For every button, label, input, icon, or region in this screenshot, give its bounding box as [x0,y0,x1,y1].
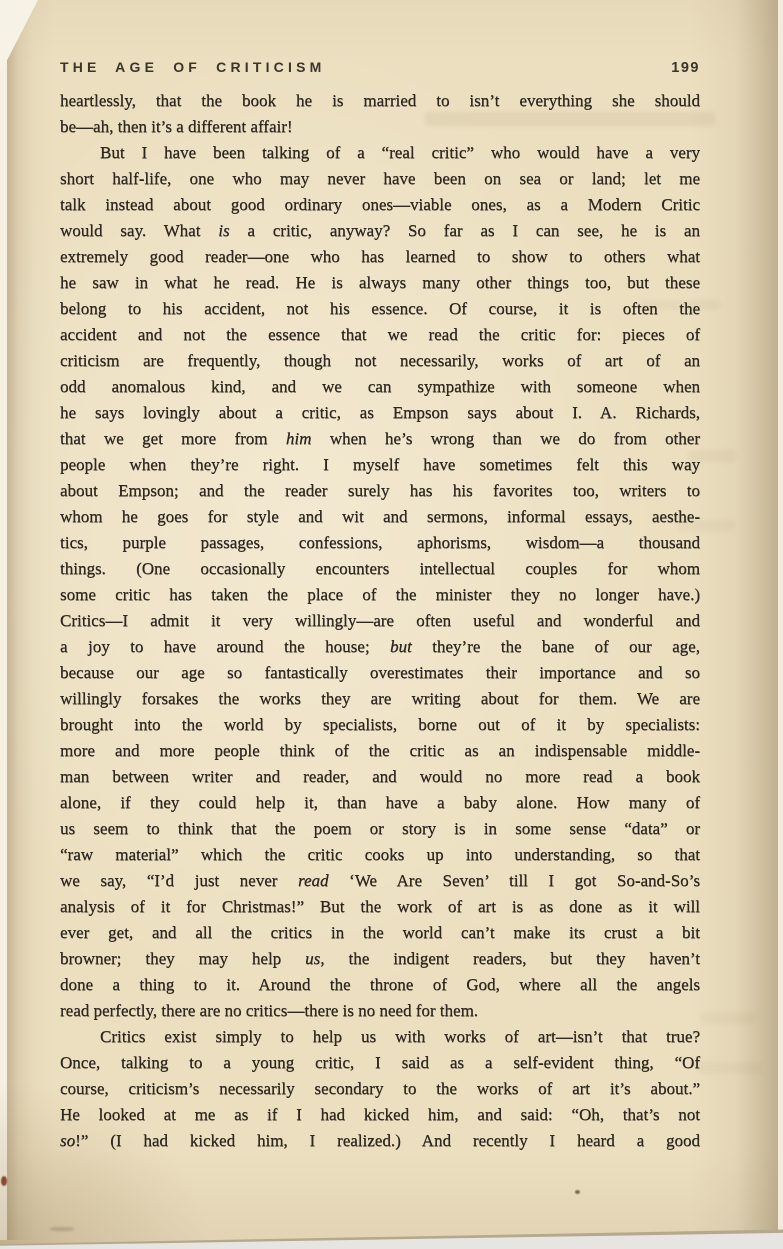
paragraph: Critics exist simply to help us with wor… [60,1024,700,1154]
text-line: read perfectly, there are no critics—the… [60,998,700,1024]
page-right-edge-shadow [736,0,778,1249]
text-line: whom he goes for style and wit and sermo… [60,504,700,530]
text-line: willingly forsakes the works they are wr… [60,686,700,712]
text-line: Critics—I admit it very willingly—are of… [60,608,700,634]
page-left-crease-shadow [7,0,33,1240]
text-line: people when they’re right. I myself have… [60,452,700,478]
text-line: analysis of it for Christmas!” But the w… [60,894,700,920]
book-page-scan: THE AGE OF CRITICISM 199 heartlessly, th… [0,0,783,1249]
italic-text: him [286,429,312,448]
text-line: things. (One occasionally encounters int… [60,556,700,582]
text-line: more and more people think of the critic… [60,738,700,764]
text-line: us seem to think that the poem or story … [60,816,700,842]
text-line: talk instead about good ordinary ones—vi… [60,192,700,218]
text-line: ever get, and all the critics in the wor… [60,920,700,946]
text-line: we say, “I’d just never read ‘We Are Sev… [60,868,700,894]
paragraph: heartlessly, that the book he is married… [60,88,700,140]
text-line: be—ah, then it’s a different affair! [60,114,700,140]
red-edge-speck [1,1176,7,1186]
text-line: because our age so fantastically overest… [60,660,700,686]
text-line: But I have been talking of a “real criti… [60,140,700,166]
text-line: Critics exist simply to help us with wor… [60,1024,700,1050]
text-line: heartlessly, that the book he is married… [60,88,700,114]
text-line: accident and not the essence that we rea… [60,322,700,348]
text-line: Once, talking to a young critic, I said … [60,1050,700,1076]
text-line: man between writer and reader, and would… [60,764,700,790]
text-line: extremely good reader—one who has learne… [60,244,700,270]
smudge-mark [50,1227,74,1231]
text-line: “raw material” which the critic cooks up… [60,842,700,868]
text-line: belong to his accident, not his essence.… [60,296,700,322]
italic-text: but [390,637,412,656]
ink-speck [575,1190,580,1194]
page-left-edge [0,0,7,1240]
text-line: he saw in what he read. He is always man… [60,270,700,296]
text-line: done a thing to it. Around the throne of… [60,972,700,998]
italic-text: us [305,949,320,968]
text-line: short half-life, one who may never have … [60,166,700,192]
text-line: that we get more from him when he’s wron… [60,426,700,452]
italic-text: read [298,871,329,890]
page-right-edge [778,0,783,1249]
italic-text: is [218,221,229,240]
text-line: about Empson; and the reader surely has … [60,478,700,504]
page-body: heartlessly, that the book he is married… [60,88,700,1154]
text-line: course, criticism’s necessarily secondar… [60,1076,700,1102]
running-header: THE AGE OF CRITICISM 199 [60,59,700,76]
text-line: some critic has taken the place of the m… [60,582,700,608]
text-line: so!” (I had kicked him, I realized.) And… [60,1128,700,1154]
text-line: browner; they may help us, the indigent … [60,946,700,972]
paragraph: But I have been talking of a “real criti… [60,140,700,1024]
text-line: He looked at me as if I had kicked him, … [60,1102,700,1128]
text-line: tics, purple passages, confessions, apho… [60,530,700,556]
text-line: alone, if they could help it, than have … [60,790,700,816]
running-header-title: THE AGE OF CRITICISM [60,59,325,75]
text-line: would say. What is a critic, anyway? So … [60,218,700,244]
text-line: he says lovingly about a critic, as Emps… [60,400,700,426]
text-line: brought into the world by specialists, b… [60,712,700,738]
italic-text: so [60,1131,75,1150]
text-line: odd anomalous kind, and we can sympathiz… [60,374,700,400]
text-line: criticism are frequently, though not nec… [60,348,700,374]
text-line: a joy to have around the house; but they… [60,634,700,660]
page-number: 199 [671,60,700,76]
